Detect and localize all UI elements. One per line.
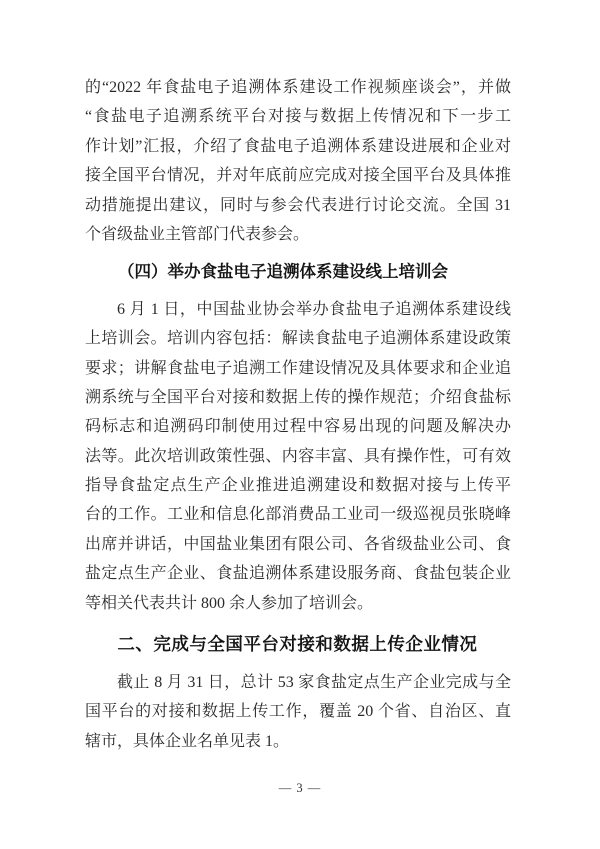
body-text-line: 个省级盐业主管部门代表参会。 (85, 220, 511, 249)
body-text-line: 接全国平台情况，并对年底前应完成对接全国平台及具体推 (85, 161, 511, 190)
body-text-line: 截止 8 月 31 日，总计 53 家食盐定点生产企业完成与全 (85, 668, 511, 697)
body-text-line: 台的工作。工业和信息化部消费品工业司一级巡视员张晓峰 (85, 500, 511, 529)
body-text-line: 指导食盐定点生产企业推进追溯建设和数据对接与上传平 (85, 471, 511, 500)
body-text-line: 国平台的对接和数据上传工作，覆盖 20 个省、自治区、直 (85, 697, 511, 726)
paragraph-training: 6 月 1 日，中国盐业协会举办食盐电子追溯体系建设线 上培训会。培训内容包括：… (85, 295, 511, 618)
body-text-line: 作计划”汇报，介绍了食盐电子追溯体系建设进展和企业对 (85, 132, 511, 161)
body-text-line: 的“2022 年食盐电子追溯体系建设工作视频座谈会”，并做 (85, 73, 511, 102)
body-text-line: 溯系统与全国平台对接和数据上传的操作规范；介绍食盐标 (85, 383, 511, 412)
body-text-line: 上培训会。培训内容包括：解读食盐电子追溯体系建设政策 (85, 324, 511, 353)
body-text-line: 要求；讲解食盐电子追溯工作建设情况及具体要求和企业追 (85, 354, 511, 383)
paragraph-summary: 截止 8 月 31 日，总计 53 家食盐定点生产企业完成与全 国平台的对接和数… (85, 668, 511, 756)
body-text-line: 等相关代表共计 800 余人参加了培训会。 (85, 589, 511, 618)
document-body: 的“2022 年食盐电子追溯体系建设工作视频座谈会”，并做 “食盐电子追溯系统平… (85, 73, 511, 756)
document-page: 的“2022 年食盐电子追溯体系建设工作视频座谈会”，并做 “食盐电子追溯系统平… (0, 0, 600, 849)
body-text-line: 法等。此次培训政策性强、内容丰富、具有操作性，可有效 (85, 442, 511, 471)
page-number: — 3 — (0, 781, 600, 796)
section-heading: 二、完成与全国平台对接和数据上传企业情况 (85, 629, 511, 659)
body-text-line: 出席并讲话，中国盐业集团有限公司、各省级盐业公司、食 (85, 530, 511, 559)
body-text-line: 动措施提出建议，同时与参会代表进行讨论交流。全国 31 (85, 191, 511, 220)
paragraph-continued: 的“2022 年食盐电子追溯体系建设工作视频座谈会”，并做 “食盐电子追溯系统平… (85, 73, 511, 249)
body-text-line: 码标志和追溯码印制使用过程中容易出现的问题及解决办 (85, 412, 511, 441)
body-text-line: 6 月 1 日，中国盐业协会举办食盐电子追溯体系建设线 (85, 295, 511, 324)
subsection-heading: （四）举办食盐电子追溯体系建设线上培训会 (85, 257, 511, 286)
body-text-line: “食盐电子追溯系统平台对接与数据上传情况和下一步工 (85, 102, 511, 131)
body-text-line: 辖市，具体企业名单见表 1。 (85, 727, 511, 756)
body-text-line: 盐定点生产企业、食盐追溯体系建设服务商、食盐包装企业 (85, 559, 511, 588)
